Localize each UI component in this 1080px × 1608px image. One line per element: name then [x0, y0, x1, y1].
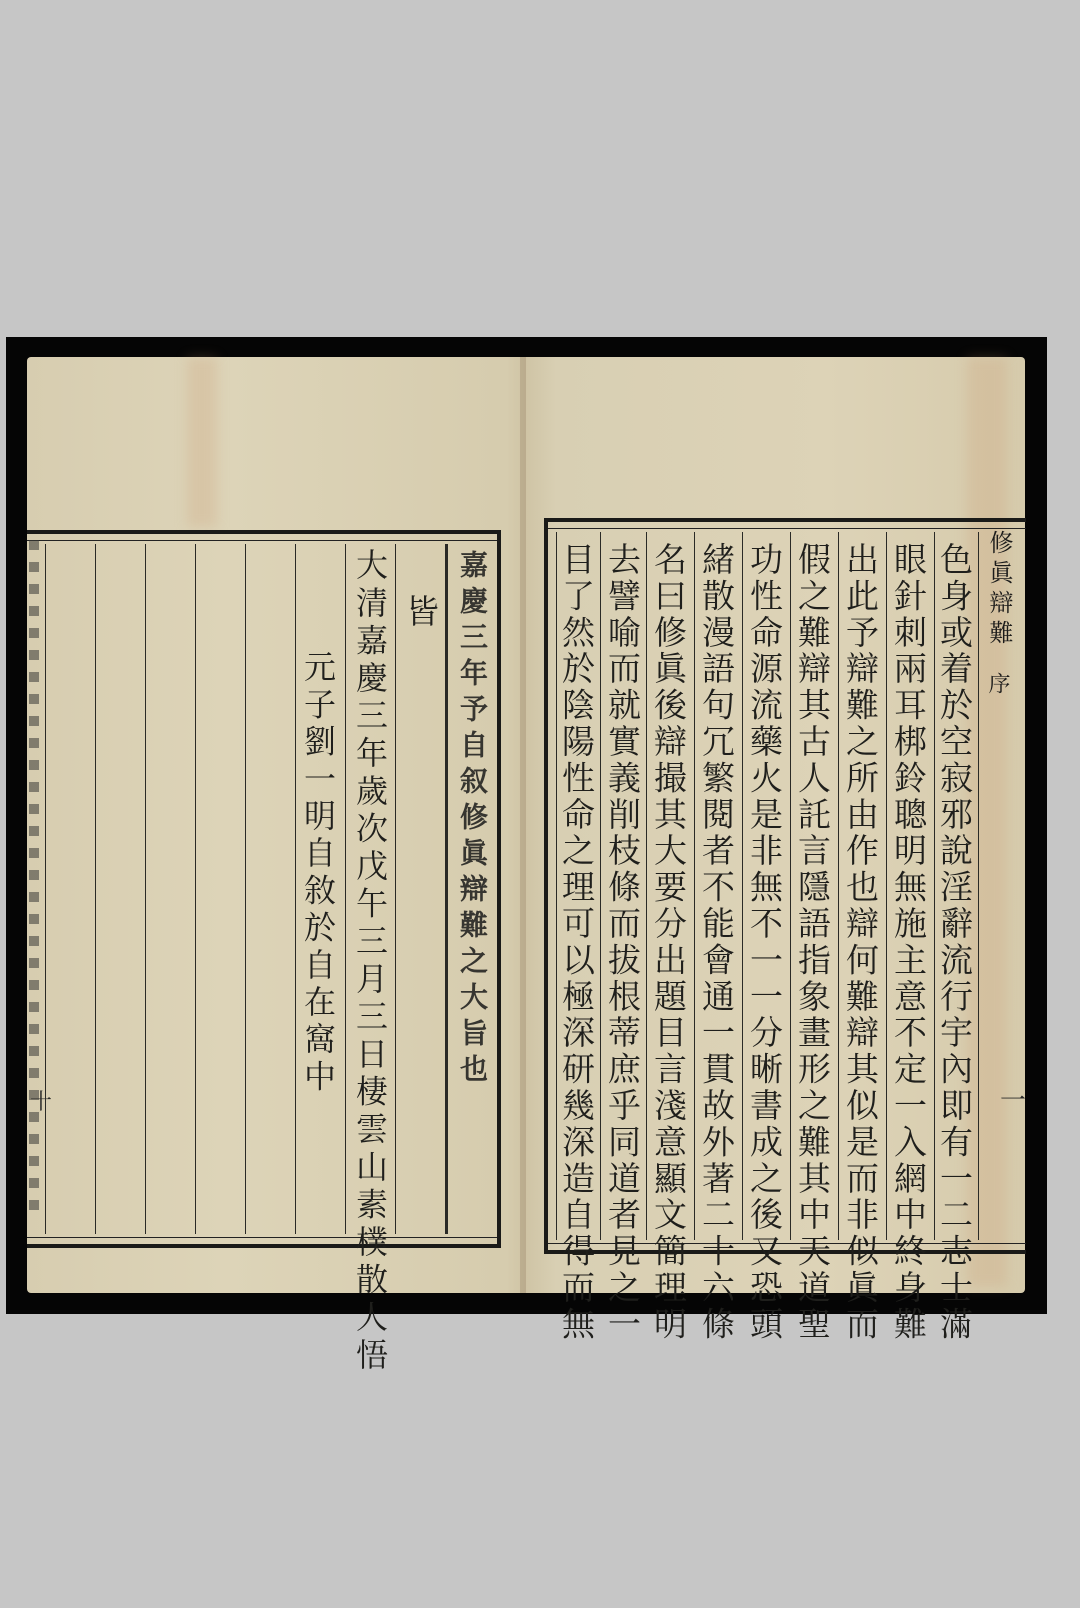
page-number: 十: [30, 1085, 52, 1116]
stain: [187, 357, 217, 527]
column-rule: [295, 544, 296, 1234]
column-rule: [646, 532, 647, 1240]
column-rule: [742, 532, 743, 1240]
text-column: 假之難辯其古人託言隱語指象畫形之難其中天道聖: [796, 542, 829, 1343]
date-column: 大清嘉慶三年歲次戊午三月三日棲雲山素樸散人悟: [354, 548, 386, 1375]
column-rule: [694, 532, 695, 1240]
fold-title: 修眞辯難: [982, 530, 1017, 650]
column-rule: [245, 544, 246, 1234]
text-column: 出此予辯難之所由作也辯何難辯其似是而非似眞而: [844, 542, 877, 1343]
column-rule: [45, 544, 46, 1234]
column-rule: [978, 532, 979, 1240]
text-column: 目了然於陰陽性命之理可以極深研幾深造自得而無: [560, 542, 593, 1343]
right-page-block: 色身或着於空寂邪說淫辭流行宇內即有一二志士滿 眼針刺兩耳梆鈴聰明無施主意不定一入…: [544, 518, 1026, 1254]
page-number-mark: 一: [1000, 1080, 1026, 1117]
text-column: 緒散漫語句冗繁閱者不能會通一貫故外著二十六條: [700, 542, 733, 1343]
text-column: 皆: [404, 594, 437, 630]
fold-title: 嘉慶三年予自叙修眞辯難之大旨也: [452, 550, 492, 1090]
column-rule: [886, 532, 887, 1240]
column-rule: [395, 544, 396, 1234]
signature-column: 元子劉一明自敘於自在窩中: [302, 650, 334, 1096]
column-rule: [95, 544, 96, 1234]
center-fold: [520, 357, 526, 1293]
fold-rule: [445, 544, 448, 1234]
column-rule: [838, 532, 839, 1240]
text-column: 名曰修眞後辯撮其大要分出題目言淺意顯文簡理明: [652, 542, 685, 1343]
column-rule: [790, 532, 791, 1240]
text-column: 功性命源流藥火是非無不一一分晰書成之後又恐頭: [748, 542, 781, 1343]
column-rule: [195, 544, 196, 1234]
section-mark: 序: [982, 672, 1013, 698]
left-page-block: 皆 大清嘉慶三年歲次戊午三月三日棲雲山素樸散人悟 元子劉一明自敘於自在窩中 嘉慶…: [27, 530, 501, 1248]
text-column: 眼針刺兩耳梆鈴聰明無施主意不定一入網中終身難: [892, 542, 925, 1343]
previous-page-edge: [29, 540, 39, 1220]
column-rule: [600, 532, 601, 1240]
column-rule: [345, 544, 346, 1234]
text-column: 去譬喻而就實義削枝條而拔根蒂庶乎同道者見之一: [606, 542, 639, 1343]
column-rule: [145, 544, 146, 1234]
text-column: 色身或着於空寂邪說淫辭流行宇內即有一二志士滿: [938, 542, 971, 1343]
